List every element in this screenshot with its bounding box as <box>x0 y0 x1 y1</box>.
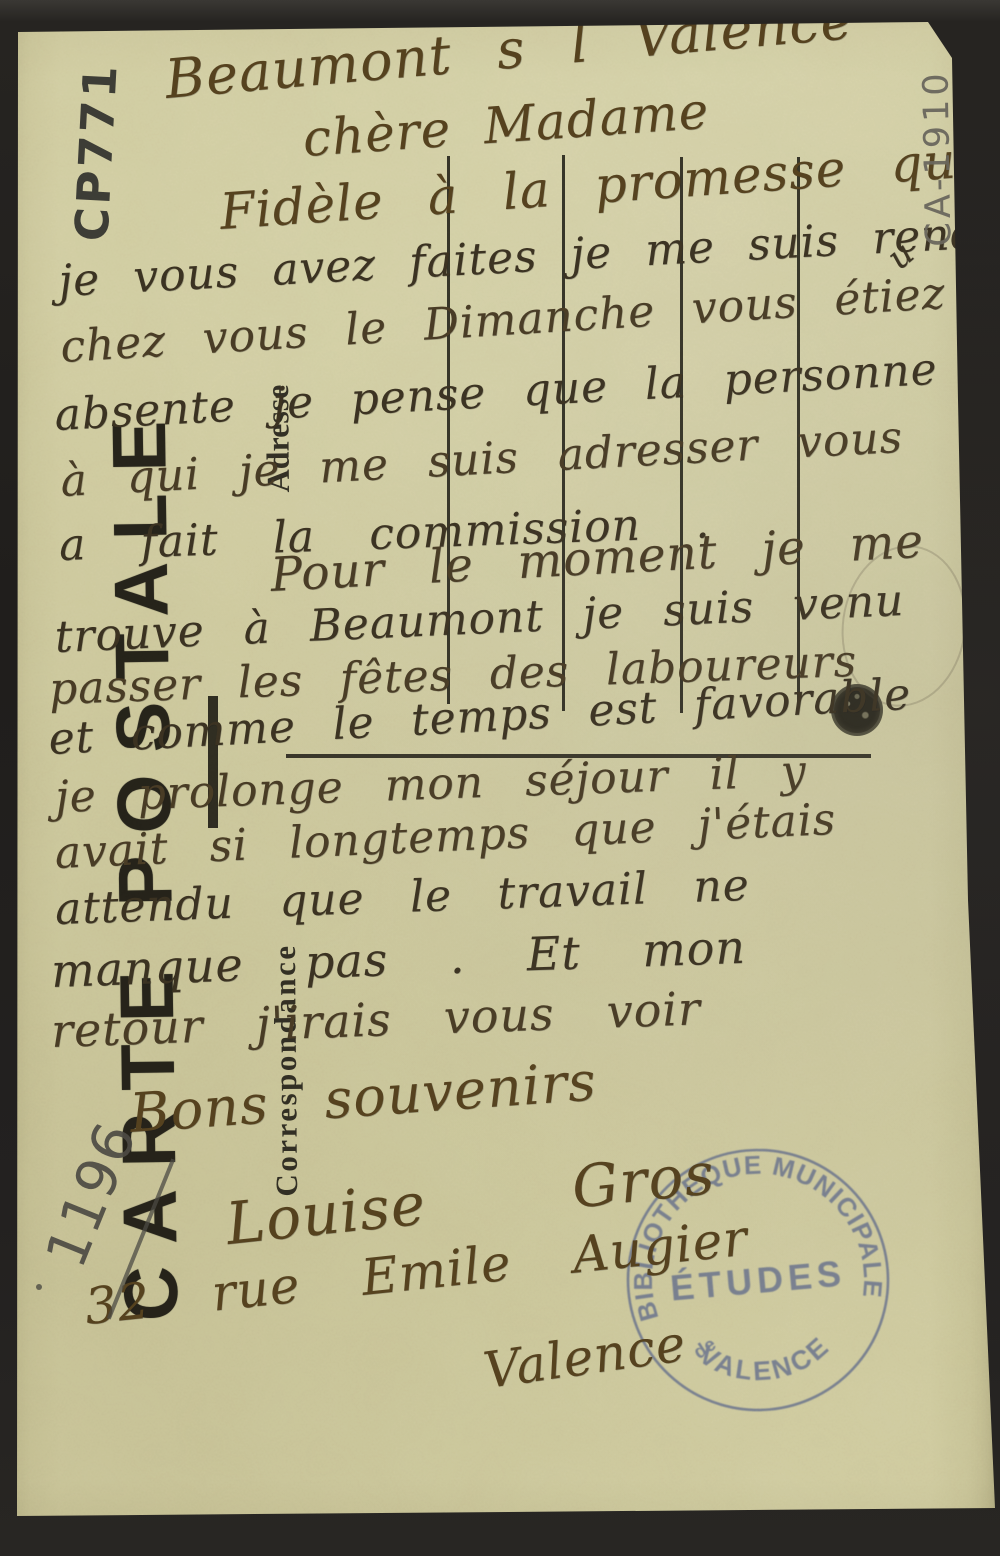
svg-text:VALENCE: VALENCE <box>692 1328 839 1392</box>
pencil-collection-code: CP771 <box>64 61 127 244</box>
postcard: CARTE POSTALE Adresse Correspondance BIB… <box>0 0 1000 1556</box>
handwritten-place-line: Beaumont s l Valence <box>163 0 856 111</box>
scanned-postcard-scene: CARTE POSTALE Adresse Correspondance BIB… <box>0 0 1000 1556</box>
pencil-date-code: CA-1910 <box>916 38 960 279</box>
stamp-arc-bottom-text: VALENCE <box>692 1328 839 1392</box>
pencil-inventory-dot <box>36 1284 42 1290</box>
